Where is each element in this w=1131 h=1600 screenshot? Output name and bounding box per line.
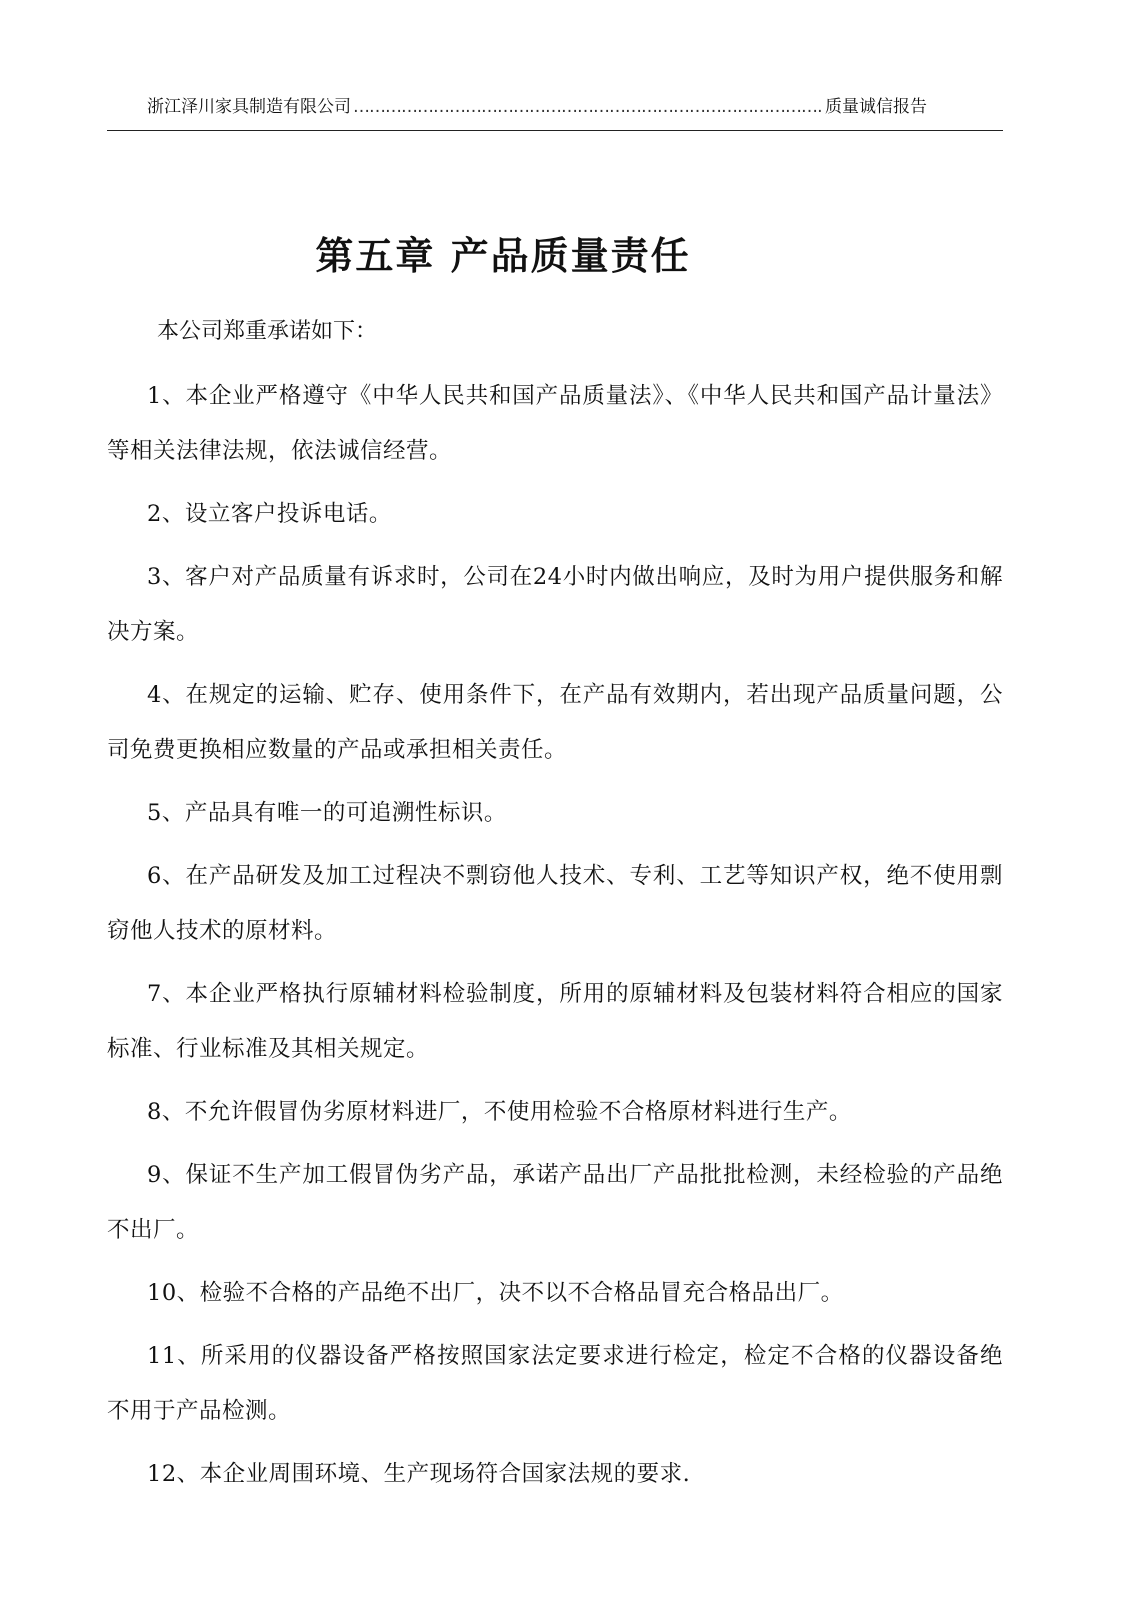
commitment-item-6: 6、在产品研发及加工过程决不剽窃他人技术、专利、工艺等知识产权，绝不使用剽窃他人…: [107, 849, 1003, 959]
commitment-item-2: 2、设立客户投诉电话。: [107, 487, 1003, 542]
commitment-item-12: 12、本企业周围环境、生产现场符合国家法规的要求.: [107, 1447, 1003, 1502]
chapter-title: 第五章 产品质量责任: [0, 225, 1006, 280]
header-line: 浙江泽川家具制造有限公司 …………………………………………………………………………: [147, 92, 927, 117]
page-header: 浙江泽川家具制造有限公司 …………………………………………………………………………: [107, 86, 1003, 131]
commitment-item-4: 4、在规定的运输、贮存、使用条件下，在产品有效期内，若出现产品质量问题，公司免费…: [107, 668, 1003, 778]
intro-statement: 本公司郑重承诺如下：: [157, 314, 377, 345]
header-leader-dots: ………………………………………………………………………………………………: [353, 97, 823, 117]
commitment-list: 1、本企业严格遵守《中华人民共和国产品质量法》、《中华人民共和国产品计量法》等相…: [107, 369, 1003, 1510]
commitment-item-5: 5、产品具有唯一的可追溯性标识。: [107, 786, 1003, 841]
commitment-item-8: 8、不允许假冒伪劣原材料进厂，不使用检验不合格原材料进行生产。: [107, 1085, 1003, 1140]
header-report-name: 质量诚信报告: [825, 92, 927, 117]
commitment-item-3: 3、客户对产品质量有诉求时，公司在24小时内做出响应，及时为用户提供服务和解决方…: [107, 550, 1003, 660]
commitment-item-7: 7、本企业严格执行原辅材料检验制度，所用的原辅材料及包装材料符合相应的国家标准、…: [107, 967, 1003, 1077]
header-company-name: 浙江泽川家具制造有限公司: [147, 92, 351, 117]
commitment-item-10: 10、检验不合格的产品绝不出厂，决不以不合格品冒充合格品出厂。: [107, 1266, 1003, 1321]
commitment-item-1: 1、本企业严格遵守《中华人民共和国产品质量法》、《中华人民共和国产品计量法》等相…: [107, 369, 1003, 479]
commitment-item-11: 11、所采用的仪器设备严格按照国家法定要求进行检定，检定不合格的仪器设备绝不用于…: [107, 1329, 1003, 1439]
commitment-item-9: 9、保证不生产加工假冒伪劣产品，承诺产品出厂产品批批检测，未经检验的产品绝不出厂…: [107, 1148, 1003, 1258]
